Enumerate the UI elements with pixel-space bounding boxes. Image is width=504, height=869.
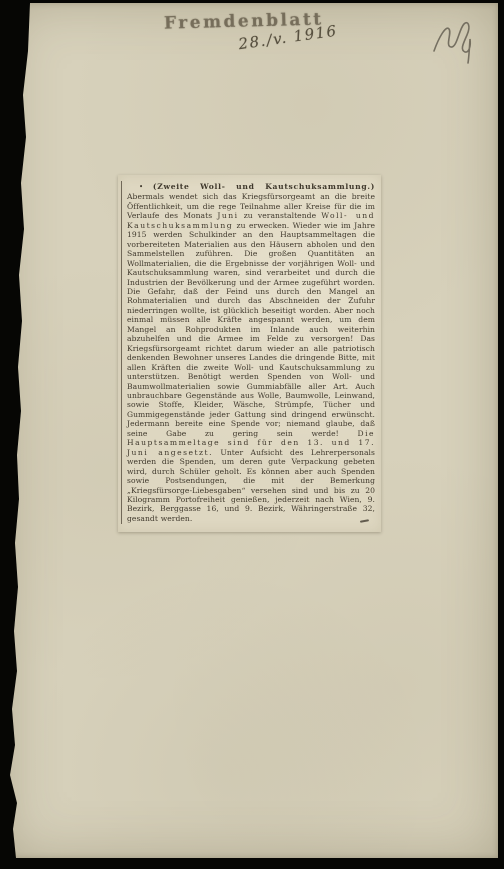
- clipping-segment-title: (Zweite Woll- und Kautschuksammlung.): [153, 182, 375, 191]
- clipping-segment-emphasis: Juni: [217, 211, 238, 220]
- newspaper-clipping: • (Zweite Woll- und Kautschuksammlung.) …: [118, 175, 381, 532]
- clipping-segment: zu veranstaltende: [239, 211, 322, 220]
- clipping-text: • (Zweite Woll- und Kautschuksammlung.) …: [127, 182, 375, 523]
- clipping-segment: Unter Aufsicht des Lehrerpersonals werde…: [127, 448, 375, 523]
- clipping-segment: zu erwecken. Wieder wie im Jahre 1915 we…: [127, 221, 375, 438]
- handwritten-corner-mark-icon: [430, 13, 482, 65]
- paper-sheet: Fremdenblatt 28./v. 1916 • (Zweite Woll-…: [6, 3, 498, 858]
- bullet-marker: •: [139, 183, 143, 191]
- scan-background: Fremdenblatt 28./v. 1916 • (Zweite Woll-…: [0, 0, 504, 869]
